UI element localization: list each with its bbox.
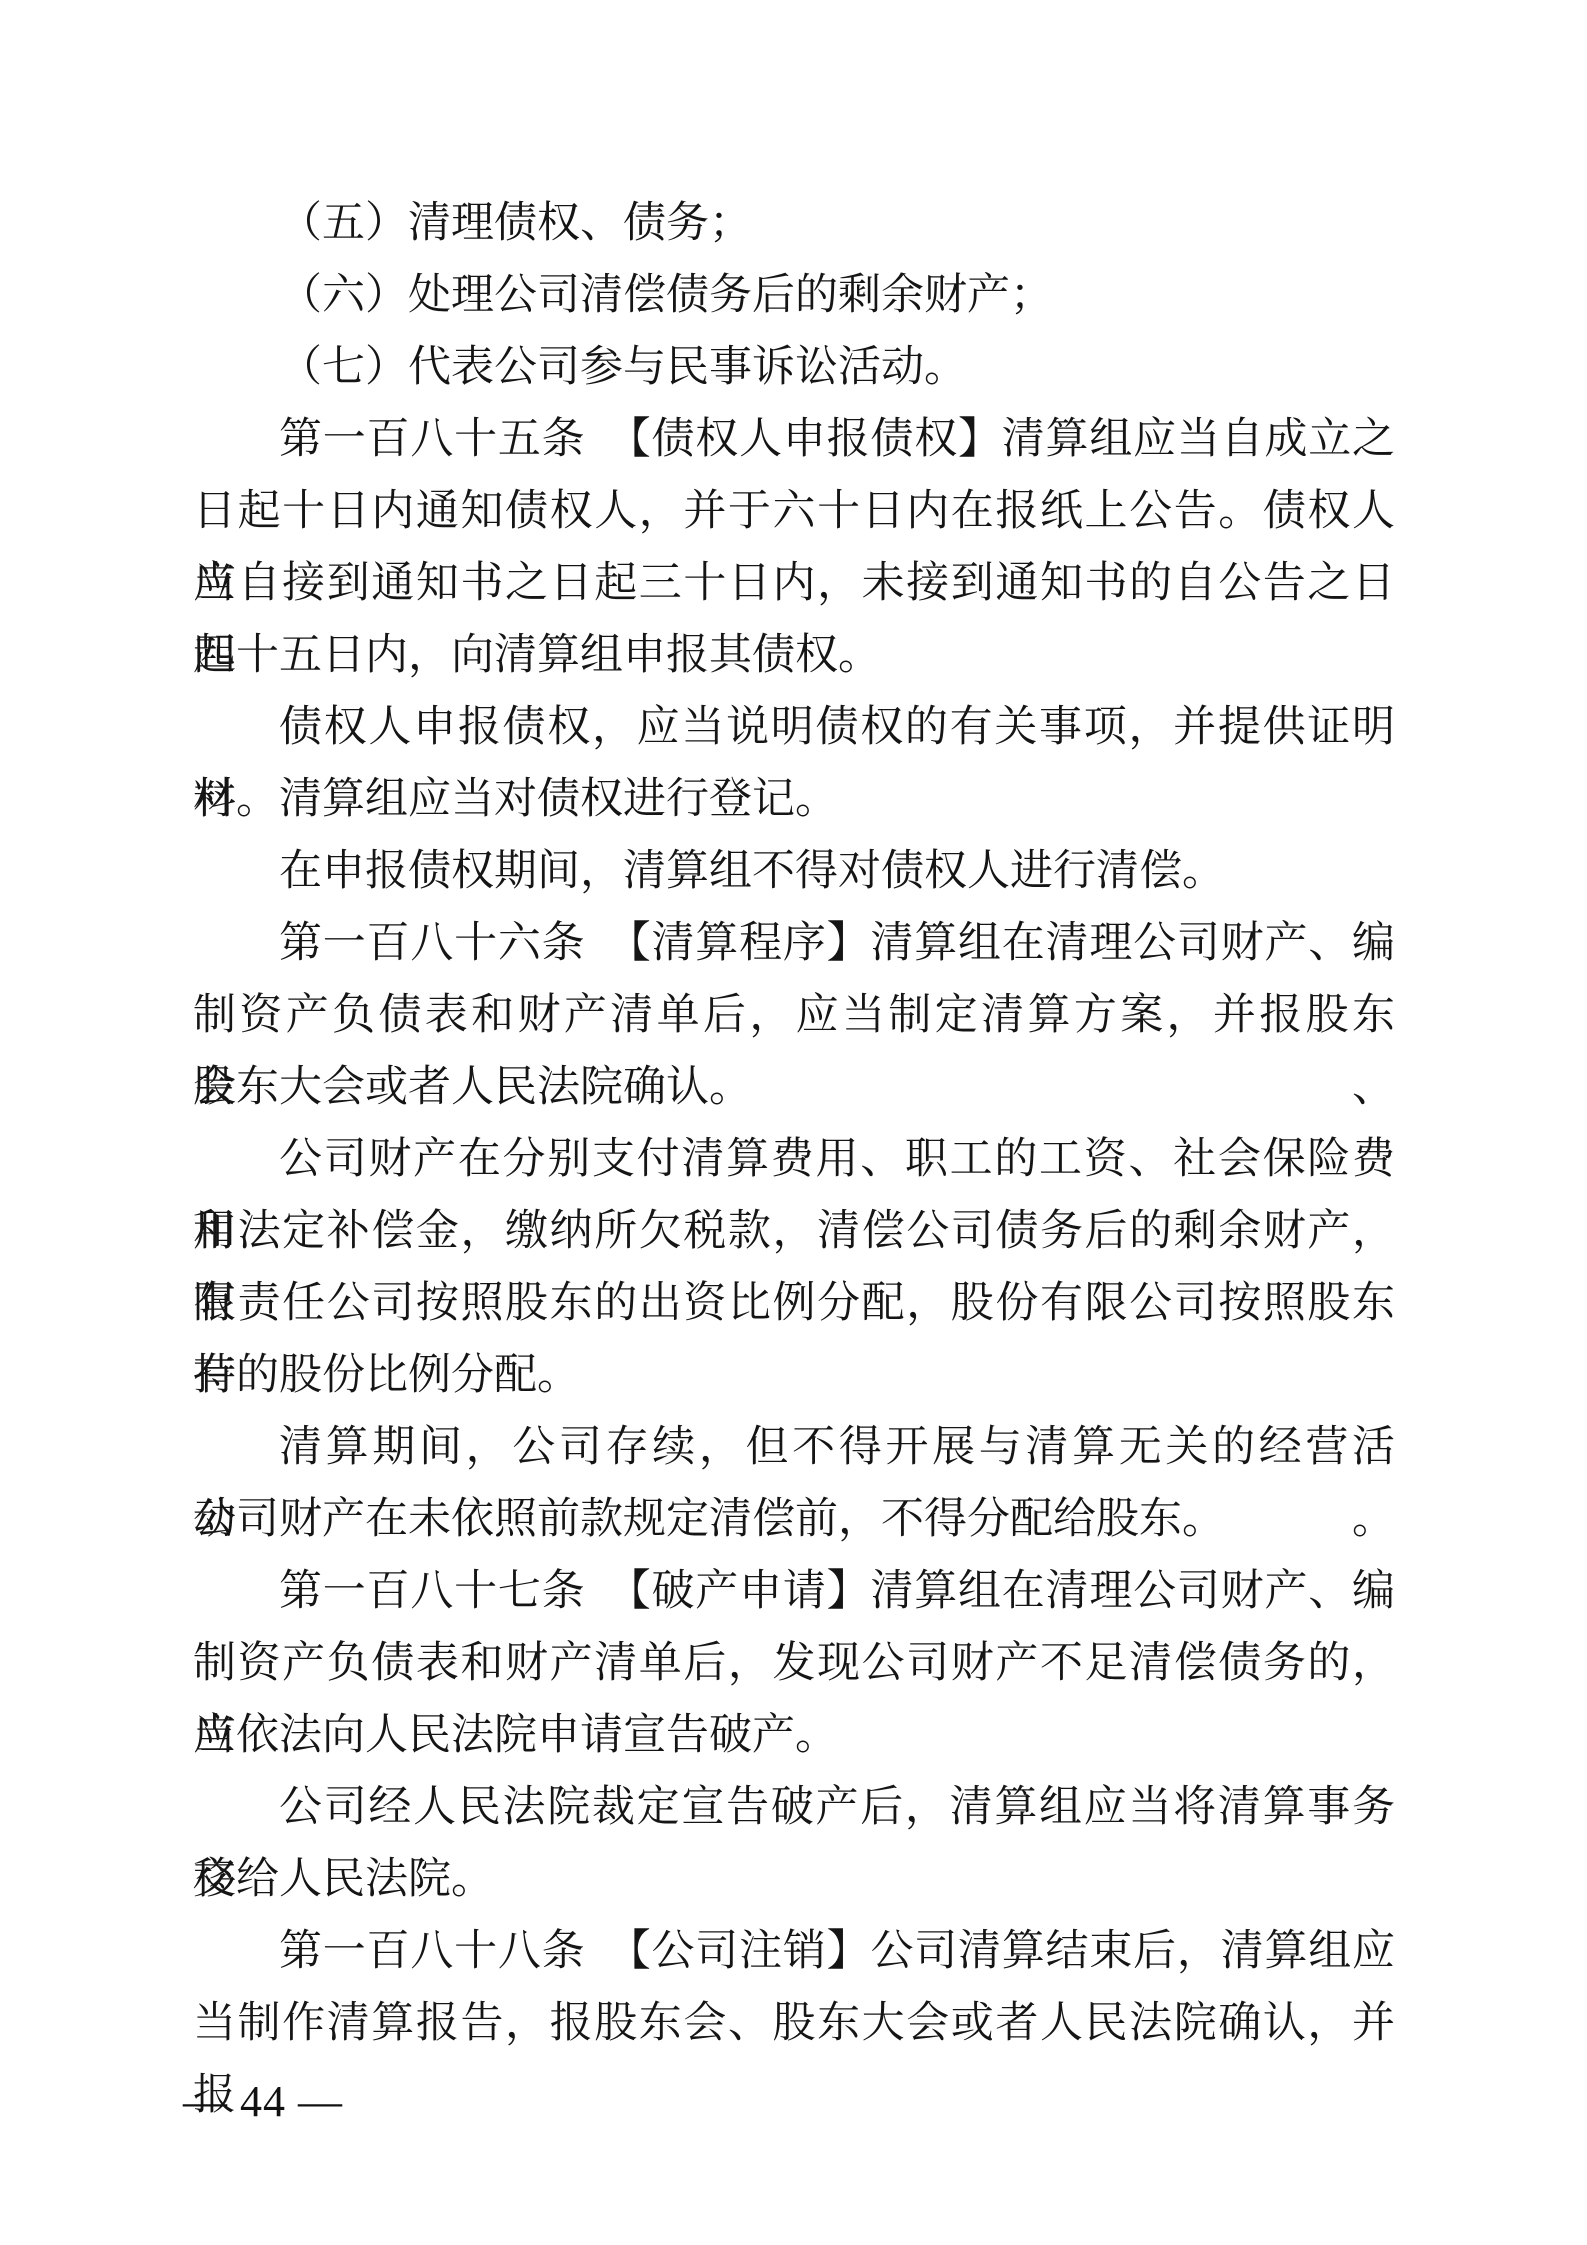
text-line: 第一百八十七条 【破产申请】清算组在清理公司财产、编 [193, 1556, 1395, 1628]
text-run: （五）清理债权、债务； [279, 200, 752, 247]
text-line: 制资产负债表和财产清单后，应当制定清算方案，并报股东会、 [193, 980, 1395, 1052]
document-page: （五）清理债权、债务；（六）处理公司清偿债务后的剩余财产；（七）代表公司参与民事… [0, 0, 1587, 2245]
text-run: 清算组在清理公司财产、编 [870, 920, 1395, 967]
text-line: 当自接到通知书之日起三十日内，未接到通知书的自公告之日起 [193, 548, 1395, 620]
text-run: 清算组在清理公司财产、编 [870, 1568, 1395, 1615]
text-line: 日起十日内通知债权人，并于六十日内在报纸上公告。债权人应 [193, 476, 1395, 548]
text-line: 债权人申报债权，应当说明债权的有关事项，并提供证明材 [193, 692, 1395, 764]
text-line: 公司财产在分别支付清算费用、职工的工资、社会保险费用 [193, 1124, 1395, 1196]
text-line: 和法定补偿金，缴纳所欠税款，清偿公司债务后的剩余财产，有 [193, 1196, 1395, 1268]
article-title: 【破产申请】 [629, 1568, 870, 1615]
text-run: 交给人民法院。 [193, 1856, 494, 1903]
article-title: 【清算程序】 [629, 920, 870, 967]
text-line: （六）处理公司清偿债务后的剩余财产； [193, 260, 1395, 332]
text-line: 在申报债权期间，清算组不得对债权人进行清偿。 [193, 836, 1395, 908]
text-run: 料。清算组应当对债权进行登记。 [193, 776, 838, 823]
text-line: 料。清算组应当对债权进行登记。 [193, 764, 1395, 836]
text-line: 当依法向人民法院申请宣告破产。 [193, 1700, 1395, 1772]
article-title: 【债权人申报债权】 [629, 416, 1002, 463]
article-number: 第一百八十八条 [279, 1928, 629, 1975]
text-line: 第一百八十八条 【公司注销】公司清算结束后，清算组应 [193, 1916, 1395, 1988]
text-run: 有的股份比例分配。 [193, 1352, 580, 1399]
text-run: （六）处理公司清偿债务后的剩余财产； [279, 272, 1053, 319]
text-line: 当制作清算报告，报股东会、股东大会或者人民法院确认，并报 [193, 1988, 1395, 2060]
text-run: 当制作清算报告，报股东会、股东大会或者人民法院确认，并报 [193, 2000, 1395, 2119]
text-line: 第一百八十六条 【清算程序】清算组在清理公司财产、编 [193, 908, 1395, 980]
text-block: （五）清理债权、债务；（六）处理公司清偿债务后的剩余财产；（七）代表公司参与民事… [193, 188, 1395, 2060]
text-line: 有的股份比例分配。 [193, 1340, 1395, 1412]
text-line: 制资产负债表和财产清单后，发现公司财产不足清偿债务的，应 [193, 1628, 1395, 1700]
text-line: 清算期间，公司存续，但不得开展与清算无关的经营活动。 [193, 1412, 1395, 1484]
text-line: 第一百八十五条 【债权人申报债权】清算组应当自成立之 [193, 404, 1395, 476]
text-line: 限责任公司按照股东的出资比例分配，股份有限公司按照股东持 [193, 1268, 1395, 1340]
page-number: — 44 — [183, 2077, 343, 2126]
text-run: 公司清算结束后，清算组应 [870, 1928, 1395, 1975]
page-footer: — 44 — [183, 2078, 343, 2126]
text-run: 股东大会或者人民法院确认。 [193, 1064, 752, 1111]
article-number: 第一百八十七条 [279, 1568, 629, 1615]
article-number: 第一百八十六条 [279, 920, 629, 967]
text-run: 公司财产在未依照前款规定清偿前，不得分配给股东。 [193, 1496, 1225, 1543]
article-number: 第一百八十五条 [279, 416, 629, 463]
text-line: 公司财产在未依照前款规定清偿前，不得分配给股东。 [193, 1484, 1395, 1556]
text-line: （七）代表公司参与民事诉讼活动。 [193, 332, 1395, 404]
text-line: 四十五日内，向清算组申报其债权。 [193, 620, 1395, 692]
text-run: （七）代表公司参与民事诉讼活动。 [279, 344, 967, 391]
text-run: 四十五日内，向清算组申报其债权。 [193, 632, 881, 679]
text-run: 清算组应当自成立之 [1002, 416, 1395, 463]
text-run: 当依法向人民法院申请宣告破产。 [193, 1712, 838, 1759]
article-title: 【公司注销】 [629, 1928, 870, 1975]
text-line: 交给人民法院。 [193, 1844, 1395, 1916]
text-line: （五）清理债权、债务； [193, 188, 1395, 260]
text-run: 在申报债权期间，清算组不得对债权人进行清偿。 [279, 848, 1225, 895]
text-line: 公司经人民法院裁定宣告破产后，清算组应当将清算事务移 [193, 1772, 1395, 1844]
